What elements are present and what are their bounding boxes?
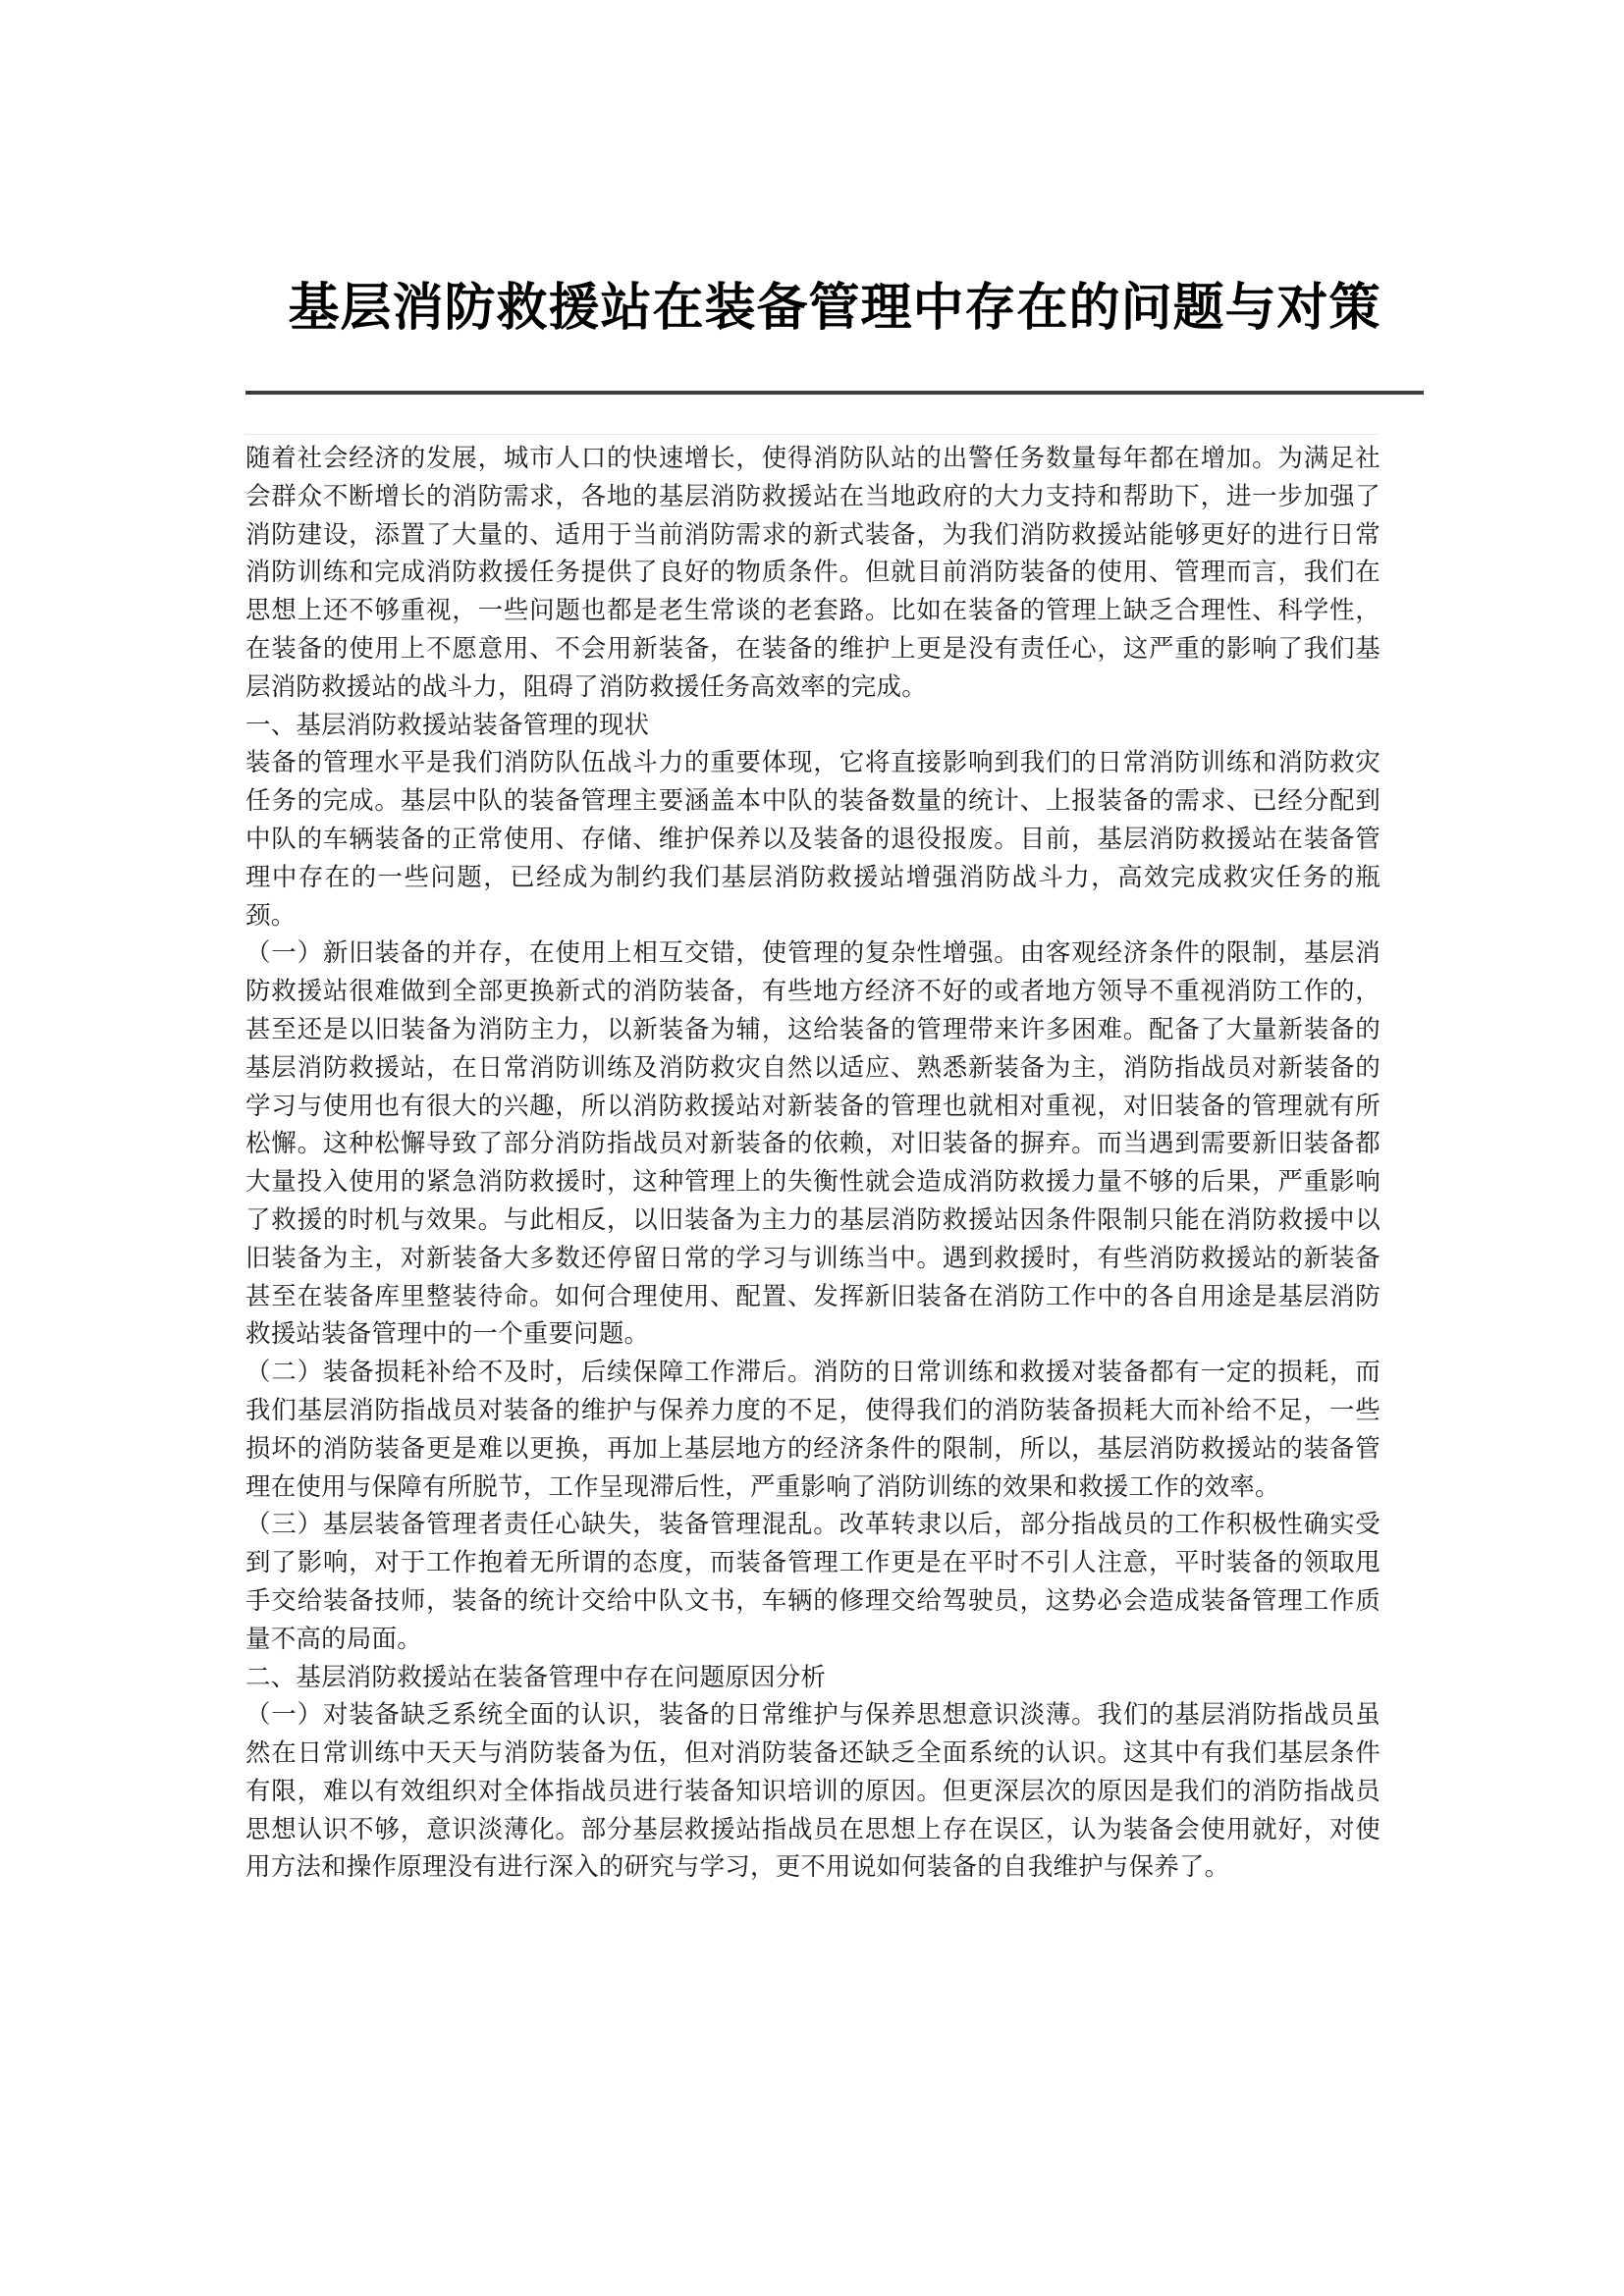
body-paragraph: 装备的管理水平是我们消防队伍战斗力的重要体现，它将直接影响到我们的日常消防训练和…: [245, 744, 1380, 934]
header-hairline: [245, 434, 1378, 435]
section-heading-1: 一、基层消防救援站装备管理的现状: [245, 707, 1380, 745]
document-title: 基层消防救援站在装备管理中存在的问题与对策: [245, 277, 1424, 340]
title-divider: [245, 391, 1424, 395]
subsection-1-1: （一）新旧装备的并存，在使用上相互交错，使管理的复杂性增强。由客观经济条件的限制…: [245, 934, 1380, 1354]
subsection-2-1: （一）对装备缺乏系统全面的认识，装备的日常维护与保养思想意识淡薄。我们的基层消防…: [245, 1696, 1380, 1887]
section-heading-2: 二、基层消防救援站在装备管理中存在问题原因分析: [245, 1659, 1380, 1697]
intro-paragraph: 随着社会经济的发展，城市人口的快速增长，使得消防队站的出警任务数量每年都在增加。…: [245, 440, 1380, 707]
subsection-1-3: （三）基层装备管理者责任心缺失，装备管理混乱。改革转隶以后，部分指战员的工作积极…: [245, 1506, 1380, 1658]
document-body: 随着社会经济的发展，城市人口的快速增长，使得消防队站的出警任务数量每年都在增加。…: [245, 440, 1380, 1887]
subsection-1-2: （二）装备损耗补给不及时，后续保障工作滞后。消防的日常训练和救援对装备都有一定的…: [245, 1354, 1380, 1506]
